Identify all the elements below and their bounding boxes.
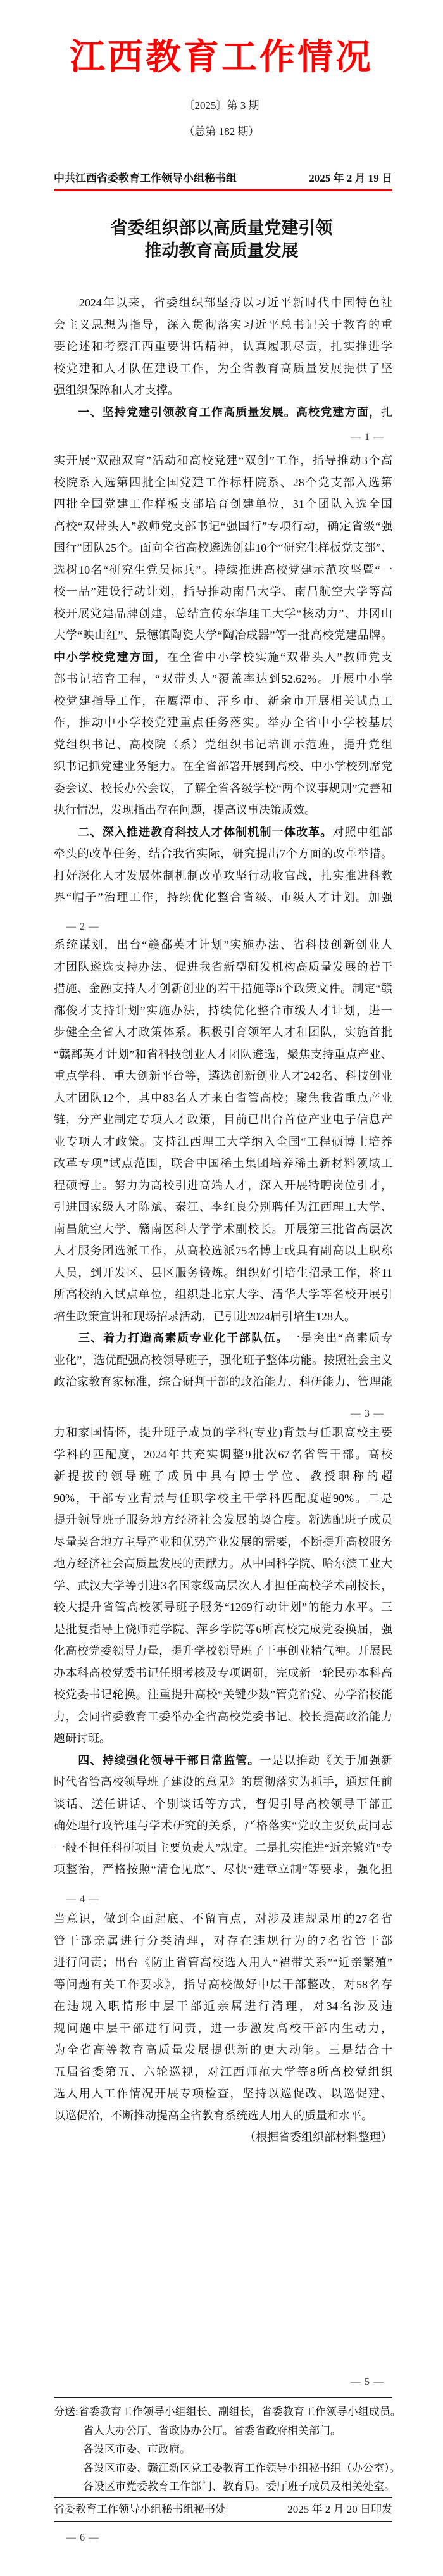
text-line: 时代省管高校领导班子建设的意见》的贯彻落实为抓手，通过任前 <box>54 1771 392 1793</box>
text-line: 分送:省委教育工作领导小组组长、副组长，省委教育工作领导小组成员。 <box>54 2402 392 2421</box>
red-separator-line <box>54 189 392 191</box>
text-line: 在违规入职情形中层干部近亲属进行清理，对34名涉及违 <box>54 1995 392 2017</box>
text-line: 链，分产业制定专项人才政策，目前已出台首位产业电子信息产 <box>54 1109 392 1131</box>
text-line: 以巡促治，不断推动提高全省教育系统选人用人的质量和水平。 <box>54 2105 392 2127</box>
page-2-body: 实开展“双融双育”活动和高校党建“双创”工作，指导推动3个高校院系入选第四批全国… <box>54 450 392 909</box>
text-line: 办本科高校党委书记任期考核及专项调研，完成新一轮民办本科高 <box>54 1662 392 1684</box>
text-line: 措施、金融支持人才创新创业的若干措施等6个政策文件。制定“赣 <box>54 978 392 1000</box>
text-line: 织书记抓党建业务能力。在全省部署开展到高校、中小学校列席党 <box>54 755 392 778</box>
page-number-4: — 4 — <box>66 1891 99 1909</box>
text-line: 二、深入推进教育科技人才体制机制一体改革。对照中组部 <box>54 821 392 843</box>
text-line: 人员，到开发区、县区服务锻炼。组织好引培生招录工作，将11 <box>54 1262 392 1284</box>
text-line: 学科的匹配度，2024年共充实调整9批次67名省管干部。高校 <box>54 1444 392 1466</box>
text-line: 选人用人工作情况开展专项检查，坚持以巡促改、以巡促建、 <box>54 2083 392 2105</box>
text-line: 步健全全省人才政策体系。积极引育领军人才和团队，实施首批 <box>54 1021 392 1044</box>
text-line: 题研讨班。 <box>54 1727 392 1750</box>
text-line: 校院系入选第四批全国党建工作标杆院系、28个党支部入选第 <box>54 472 392 494</box>
text-line: 为全省高等教育高质量发展提供新的更大动能。三是结合十 <box>54 2039 392 2061</box>
text-line: 改革专项”试点范围，联合中国稀土集团培养稀土新材料领域工 <box>54 1152 392 1175</box>
text-line: 一般不担任科研项目主要负责人”规定。二是扎实推进“近亲繁殖”专 <box>54 1837 392 1859</box>
issue-date: 2025 年 2 月 19 日 <box>309 169 392 185</box>
text-line: 作，推动中小学校党建重点任务落实。举办全省中小学校基层 <box>54 712 392 734</box>
text-line: 各设区市党委教育工作部门、教育局。委厅班子成员及相关处室。 <box>54 2477 392 2496</box>
text-line: 化高校党委领导力量，提升学校领导班子干事创业精气神。开展民 <box>54 1640 392 1662</box>
text-line: 是批复指导上饶师范学院、萍乡学院等6所高校完成党委换届，强 <box>54 1619 392 1641</box>
text-line: 强组织保障和人才支撑。 <box>54 379 392 401</box>
text-line: 打好深化人才发展体制机制改革攻坚行动收官战，扎实推进科教 <box>54 865 392 887</box>
text-line: 南昌航空大学、赣南医科大学学术副校长。开展第三批省高层次 <box>54 1218 392 1241</box>
text-line: 政治家教育家标准，综合研判干部的政治能力、科研能力、管理能 <box>54 1371 392 1393</box>
text-line: 90%，干部专业背景与任职学校主干学科匹配度超90%。二是 <box>54 1487 392 1510</box>
text-line: 系统谋划，出台“赣鄱英才计划”实施办法、省科技创新创业人 <box>54 934 392 956</box>
text-line: 大学“映山红”、景德镇陶瓷大学“陶冶成器”等一批高校党建品牌。 <box>54 624 392 647</box>
page-number-6: — 6 — <box>66 2529 99 2547</box>
text-line: 各设区市委、市政府。 <box>54 2440 392 2459</box>
text-line: 鄱俊才支持计划”实施办法，持续优化整合市级人才计划，进一 <box>54 1000 392 1022</box>
article-title-line2: 推动教育高质量发展 <box>0 239 443 262</box>
footer-distribution-list: 分送:省委教育工作领导小组组长、副组长，省委教育工作领导小组成员。省人大办公厅、… <box>54 2402 392 2496</box>
text-line: 规问题中层干部进行问责，进一步激发高校干部内生动力， <box>54 2017 392 2040</box>
text-line: 业专项人才政策。支持江西理工大学纳入全国“工程硕博士培养 <box>54 1131 392 1153</box>
text-line: 三、着力打造高素质专业化干部队伍。一是突出“高素质专 <box>54 1327 392 1349</box>
text-line: 较大提升省管高校领导班子服务“1269行动计划”的能力水平。三 <box>54 1596 392 1619</box>
text-line: “赣鄱英才计划”和省科技创业人才团队遴选，聚焦支持重点产业、 <box>54 1044 392 1066</box>
text-line: 四批全国党建工作样板支部培育创建单位，31个团队入选全国 <box>54 493 392 515</box>
page-number-5: — 5 — <box>351 2373 384 2391</box>
text-line: 校党委书记轮换。注重提升高校“关键少数”管党治党、办学治校能 <box>54 1684 392 1706</box>
footer-imprint-row: 省委教育工作领导小组秘书组秘书处 2025 年 2 月 20 日印发 <box>54 2500 392 2519</box>
article-title-line1: 省委组织部以高质量党建引领 <box>0 217 443 239</box>
text-line: 会主义思想为指导，深入贯彻落实习近平总书记关于教育的重 <box>54 314 392 336</box>
text-line: 力和家国情怀，提升班子成员的学科(专业)背景与任职高校主要 <box>54 1422 392 1444</box>
text-line: 等问题有关工作要求》，指导高校做好中层干部整改，对58名存 <box>54 1974 392 1996</box>
text-line: 校党建和人才队伍建设工作，为全省教育高质量发展提供了坚 <box>54 358 392 380</box>
footer-issuing-office: 省委教育工作领导小组秘书组秘书处 <box>54 2500 226 2519</box>
text-line: （根据省委组织部材料整理） <box>54 2126 392 2149</box>
issue-number: 〔2025〕第 3 期 <box>0 96 443 112</box>
page-5-body: 当意识，做到全面起底、不留盲点，对涉及违规录用的27名省管干部亲属进行分类清理，… <box>54 1908 392 2149</box>
text-line: 省人大办公厅、省政协办公厅。省委省政府相关部门。 <box>54 2421 392 2440</box>
page-4-body: 力和家国情怀，提升班子成员的学科(专业)背景与任职高校主要学科的匹配度，2024… <box>54 1422 392 1881</box>
text-line: 四、持续强化领导干部日常监管。一是以推动《关于加强新 <box>54 1750 392 1772</box>
footer-print-date: 2025 年 2 月 20 日印发 <box>287 2500 392 2519</box>
text-line: 所高校纳入试点单位，组织赴北京大学、清华大学等名校开展引 <box>54 1284 392 1306</box>
text-line: 校开展党建品牌创建，总结宣传东华理工大学“核动力”、井冈山 <box>54 603 392 625</box>
page-number-2: — 2 — <box>66 918 99 936</box>
text-line: 界“帽子”治理工作，持续优化整合省级、市级人才计划。加强 <box>54 887 392 909</box>
text-line: 重点学科、重大创新平台等，遴选创新创业人才242名、科技创业 <box>54 1065 392 1087</box>
text-line: 委会议、校长办公会议，了解全省各级学校“两个议事规则”完善和 <box>54 778 392 800</box>
footer-bottom-rule <box>54 2521 392 2522</box>
text-line: 五届省委第五、六轮巡视，对江西师范大学等8所高校党组织 <box>54 2061 392 2083</box>
page-number-1: — 1 — <box>351 429 384 446</box>
text-line: 谈话、送任讲话、个别谈话等方式，督促引导高校领导干部正 <box>54 1793 392 1815</box>
text-line: 力，会同省委教育工委举办全省高校党委书记、校长提高政治能力专 <box>54 1706 392 1728</box>
text-line: 人才团队12个，其中83名人才来自省管高校；聚焦我省重点产业 <box>54 1087 392 1109</box>
text-line: 新提拔的领导班子成员中具有博士学位、教授职称的超 <box>54 1465 392 1487</box>
text-line: 牵头的改革任务，结合我省实际，研究提出7个方面的改革举措。 <box>54 843 392 865</box>
text-line: 执行情况，发现指出存在问题，提高议事决策质效。 <box>54 799 392 821</box>
page-number-3: — 3 — <box>351 1405 384 1423</box>
text-line: 要论述和考察江西重要讲话精神，认真履职尽责，扎实推进学 <box>54 336 392 358</box>
text-line: 校党建指导工作，在鹰潭市、萍乡市、新余市开展相关试点工 <box>54 690 392 712</box>
text-line: 进行问责；出台《防止省管高校选人用人“裙带关系”“近亲繁殖” <box>54 1952 392 1974</box>
text-line: 选树10名“研究生党员标兵”。持续推进高校党建示范攻坚暨“一 <box>54 559 392 581</box>
text-line: 实开展“双融双育”活动和高校党建“双创”工作，指导推动3个高 <box>54 450 392 472</box>
text-line: 国行”团队25个。面向全省高校遴选创建10个“研究生样板党支部”、 <box>54 537 392 559</box>
text-line: 程硕博士。努力为高校引进高端人才，深入开展特聘岗位引才， <box>54 1175 392 1197</box>
text-line: 2024年以来，省委组织部坚持以习近平新时代中国特色社 <box>54 292 392 314</box>
page-3-body: 系统谋划，出台“赣鄱英才计划”实施办法、省科技创新创业人才团队遴选支持办法、促进… <box>54 934 392 1393</box>
text-line: 提升领导班子服务地方经济社会发展的契合度。新选配班子成员 <box>54 1509 392 1531</box>
text-line: 管干部亲属进行分类清理，对存在违规行为的7名省管干部 <box>54 1930 392 1952</box>
text-line: 中小学校党建方面，在全省中小学校实施“双带头人”教师党支 <box>54 647 392 669</box>
page-1-body: 2024年以来，省委组织部坚持以习近平新时代中国特色社会主义思想为指导，深入贯彻… <box>54 292 392 423</box>
text-line: 引进国家级人才陈斌、秦江、李红良分别聘任为江西理工大学、 <box>54 1196 392 1218</box>
text-line: 高校“双带头人”教师党支部书记“强国行”专项行动，确定省级“强 <box>54 515 392 538</box>
masthead-issuer-row: 中共江西省委教育工作领导小组秘书组 2025 年 2 月 19 日 <box>54 169 392 185</box>
text-line: 尽量契合地方主导产业和优势产业发展的需要，不断提升高校服务 <box>54 1531 392 1553</box>
cumulative-issue-number: （总第 182 期） <box>0 122 443 138</box>
text-line: 地方经济社会高质量发展的贡献力。从中国科学院、哈尔滨工业大 <box>54 1553 392 1575</box>
text-line: 培生政策宣讲和现场招录活动，已引进2024届引培生128人。 <box>54 1306 392 1328</box>
text-line: 业化”，选优配强高校领导班子，强化班子整体功能。按照社会主义 <box>54 1349 392 1372</box>
masthead-title: 江西教育工作情况 <box>0 29 443 80</box>
footer-top-rule <box>54 2397 392 2398</box>
text-line: 一、坚持党建引领教育工作高质量发展。高校党建方面，扎 <box>54 401 392 424</box>
text-line: 人才服务团选派工作，从高校选派75名博士或具有副高以上职称 <box>54 1240 392 1262</box>
text-line: 项整治，严格按照“清仓见底”、尽快“建章立制”等要求，强化担 <box>54 1859 392 1881</box>
issuer-name: 中共江西省委教育工作领导小组秘书组 <box>54 169 237 185</box>
text-line: 才团队遴选支持办法、促进我省新型研发机构高质量发展的若干 <box>54 956 392 978</box>
text-line: 各设区市委、赣江新区党工委教育工作领导小组秘书组（办公室）。 <box>54 2459 392 2478</box>
text-line: 党组织书记、高校院（系）党组织书记培训示范班，提升党组 <box>54 734 392 756</box>
text-line: 校一品”建设行动计划，指导推动南昌大学、南昌航空大学等高 <box>54 581 392 603</box>
footer-middle-rule <box>54 2497 392 2498</box>
text-line: 确处理行政管理与学术研究的关系，严格落实“党政主要负责同志 <box>54 1815 392 1837</box>
text-line: 学、武汉大学等引进3名国家级高层次人才担任高校学术副校长， <box>54 1575 392 1597</box>
text-line: 当意识，做到全面起底、不留盲点，对涉及违规录用的27名省 <box>54 1908 392 1930</box>
text-line: 部书记培育工程，“双带头人”覆盖率达到52.62%。开展中小学 <box>54 668 392 690</box>
article-title: 省委组织部以高质量党建引领 推动教育高质量发展 <box>0 217 443 262</box>
